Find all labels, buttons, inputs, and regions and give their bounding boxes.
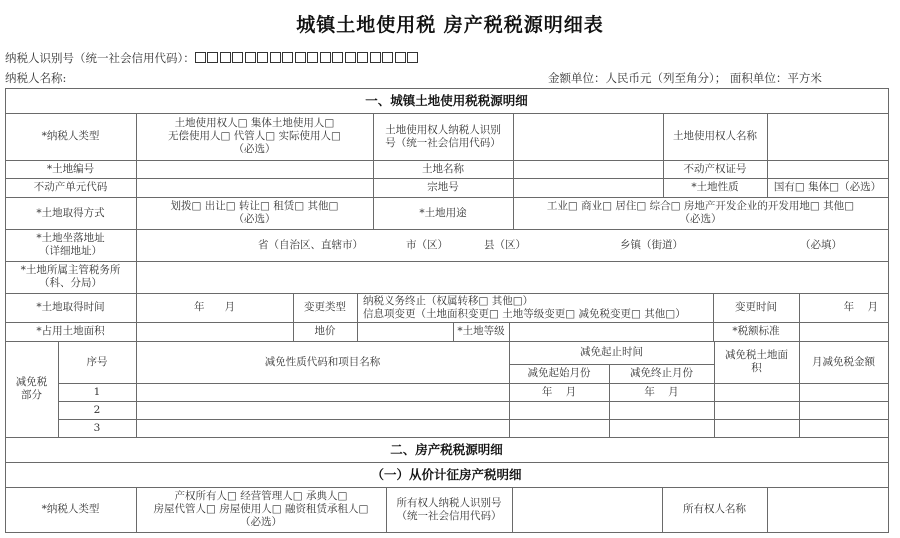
land-price-input[interactable] — [357, 322, 453, 341]
relief-row-2-end-input[interactable] — [609, 401, 714, 419]
land-user-name-label: 土地使用权人名称 — [663, 113, 767, 160]
property-cert-label: 不动产权证号 — [663, 160, 767, 178]
land-no-label: *土地编号 — [5, 160, 136, 178]
relief-row-2-start-input[interactable] — [509, 401, 609, 419]
land-name-input[interactable] — [513, 160, 663, 178]
owner-name-label: 所有权人名称 — [662, 487, 767, 532]
taxpayer-type-options[interactable]: 土地使用权人□ 集体土地使用人□ 无偿使用人□ 代管人□ 实际使用人□ （必选） — [136, 113, 373, 160]
relief-row-2-amount-input[interactable] — [799, 401, 888, 419]
relief-row-1-amount-input[interactable] — [799, 383, 888, 401]
taxpayer-type-label: *纳税人类型 — [5, 113, 136, 160]
acquire-time-label: *土地取得时间 — [5, 293, 136, 322]
land-no-input[interactable] — [136, 160, 373, 178]
land-use-label: *土地用途 — [373, 197, 513, 229]
parcel-no-label: 宗地号 — [373, 178, 513, 197]
relief-col-end: 减免终止月份 — [609, 364, 714, 383]
relief-row-2-area-input[interactable] — [714, 401, 799, 419]
property-unit-code-label: 不动产单元代码 — [5, 178, 136, 197]
relief-row-3-seq: 3 — [58, 419, 136, 437]
area-input[interactable] — [136, 322, 293, 341]
relief-row-3-start-input[interactable] — [509, 419, 609, 437]
relief-row-1-seq: 1 — [58, 383, 136, 401]
land-name-label: 土地名称 — [373, 160, 513, 178]
address-city: 市（区） — [406, 239, 448, 252]
relief-col-seq: 序号 — [58, 341, 136, 383]
address-county: 县（区） — [484, 239, 526, 252]
relief-row-3-amount-input[interactable] — [799, 419, 888, 437]
address-town: 乡镇（街道） — [620, 239, 683, 252]
land-user-name-input[interactable] — [767, 113, 888, 160]
relief-row-2-seq: 2 — [58, 401, 136, 419]
owner-id-label: 所有权人纳税人识别号 （统一社会信用代码） — [386, 487, 512, 532]
relief-row-2-code-input[interactable] — [136, 401, 509, 419]
house-taxpayer-type-label: *纳税人类型 — [5, 487, 136, 532]
relief-row-3-area-input[interactable] — [714, 419, 799, 437]
address-required-note: （必填） — [800, 239, 842, 252]
relief-row-3-code-input[interactable] — [136, 419, 509, 437]
acquire-method-label: *土地取得方式 — [5, 197, 136, 229]
land-grade-input[interactable] — [509, 322, 713, 341]
section2-title: 二、房产税税源明细 — [5, 437, 888, 462]
relief-col-period: 减免起止时间 — [509, 341, 714, 364]
change-type-options[interactable]: 纳税义务终止（权属转移□ 其他□） 信息项变更（土地面积变更□ 土地等级变更□ … — [357, 293, 713, 322]
address-label: *土地坐落地址 （详细地址） — [5, 229, 136, 261]
land-nature-label: *土地性质 — [663, 178, 767, 197]
change-type-label: 变更类型 — [293, 293, 357, 322]
relief-row-1-area-input[interactable] — [714, 383, 799, 401]
acquire-method-options[interactable]: 划拨□ 出让□ 转让□ 租赁□ 其他□ （必选） — [136, 197, 373, 229]
relief-row-3-end-input[interactable] — [609, 419, 714, 437]
property-unit-code-input[interactable] — [136, 178, 373, 197]
tax-office-label: *土地所属主管税务所 （科、分局） — [5, 261, 136, 293]
tax-office-input[interactable] — [136, 261, 888, 293]
tax-standard-input[interactable] — [799, 322, 888, 341]
land-grade-label: *土地等级 — [453, 322, 509, 341]
relief-col-area: 减免税土地面 积 — [714, 341, 799, 383]
relief-row-1-start-input[interactable]: 年 月 — [509, 383, 609, 401]
address-province: 省（自治区、直辖市） — [258, 239, 363, 252]
acquire-time-input[interactable]: 年 月 — [136, 293, 293, 322]
change-time-input[interactable]: 年 月 — [799, 293, 888, 322]
tax-source-table: 一、城镇土地使用税税源明细 *纳税人类型 土地使用权人□ 集体土地使用人□ 无偿… — [0, 0, 900, 538]
relief-col-start: 减免起始月份 — [509, 364, 609, 383]
house-taxpayer-type-options[interactable]: 产权所有人□ 经营管理人□ 承典人□ 房屋代管人□ 房屋使用人□ 融资租赁承租人… — [136, 487, 386, 532]
relief-section-label: 减免税 部分 — [5, 341, 58, 437]
parcel-no-input[interactable] — [513, 178, 663, 197]
change-time-label: 变更时间 — [713, 293, 799, 322]
section1-title: 一、城镇土地使用税税源明细 — [5, 88, 888, 113]
land-user-id-input[interactable] — [513, 113, 663, 160]
land-nature-options[interactable]: 国有□ 集体□（必选） — [767, 178, 888, 197]
relief-row-1-code-input[interactable] — [136, 383, 509, 401]
section2-subtitle: （一）从价计征房产税明细 — [5, 462, 888, 487]
owner-name-input[interactable] — [767, 487, 888, 532]
relief-col-code: 减免性质代码和项目名称 — [136, 341, 509, 383]
owner-id-input[interactable] — [512, 487, 662, 532]
land-user-id-label: 土地使用权人纳税人识别 号（统一社会信用代码） — [373, 113, 513, 160]
address-input[interactable]: 省（自治区、直辖市） 市（区） 县（区） 乡镇（街道） （必填） — [136, 229, 888, 261]
area-label: *占用土地面积 — [5, 322, 136, 341]
tax-standard-label: *税额标准 — [713, 322, 799, 341]
property-cert-input[interactable] — [767, 160, 888, 178]
relief-col-amount: 月减免税金额 — [799, 341, 888, 383]
relief-row-1-end-input[interactable]: 年 月 — [609, 383, 714, 401]
land-use-options[interactable]: 工业□ 商业□ 居住□ 综合□ 房地产开发企业的开发用地□ 其他□ （必选） — [513, 197, 888, 229]
land-price-label: 地价 — [293, 322, 357, 341]
